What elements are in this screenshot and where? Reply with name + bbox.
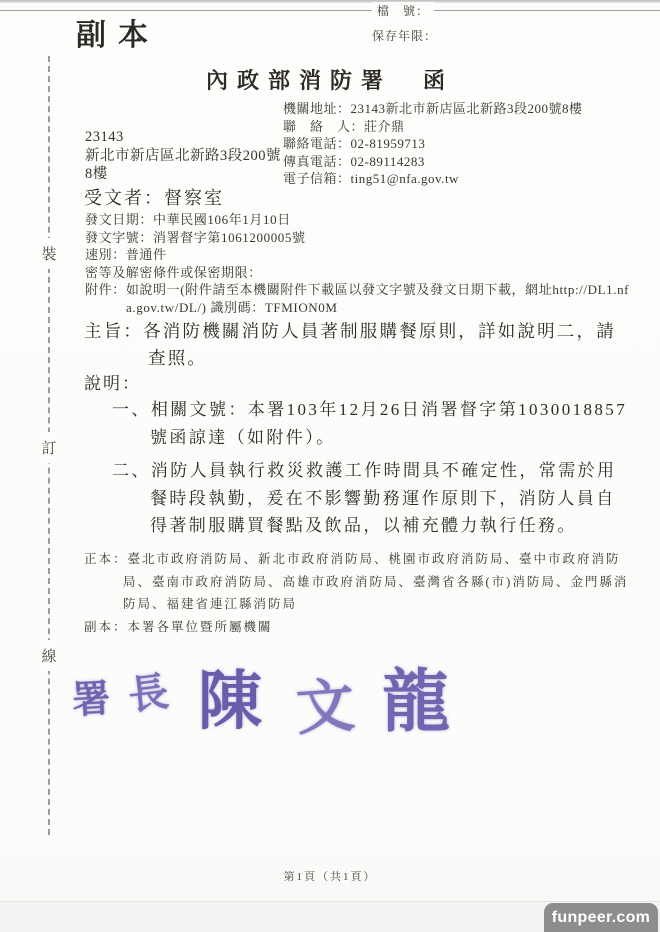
agency-phone: 聯絡電話：02-81959713 [283, 135, 623, 153]
retention-period-label: 保存年限： [372, 27, 437, 44]
recipient-address-line1: 新北市新店區北新路3段200號 [85, 147, 285, 166]
original-recipients-line: 正本：臺北市政府消防局、新北市政府消防局、桃園市政府消防局、臺中市政府消防局、臺… [84, 548, 632, 616]
page-number: 第1頁（共1頁） [0, 868, 660, 884]
scan-top-edge [0, 0, 660, 3]
signature-title-char-2: 長 [125, 660, 172, 721]
subject-label: 主旨： [84, 321, 143, 341]
security-class: 密等及解密條件或保密期限： [85, 264, 630, 282]
copy-recipients-line: 副本：本署各單位暨所屬機關 [84, 616, 632, 639]
file-number-label: 檔 號： [372, 2, 434, 19]
attachment-text: 如說明一(附件請至本機關附件下載區以發文字號及發文日期下載，網址http://D… [126, 282, 629, 315]
explanation-item-1-text: 相關文號：本署103年12月26日消署督字第1030018857號函諒達（如附件… [150, 400, 627, 447]
agency-contact-person: 聯 絡 人：莊介鼎 [283, 118, 623, 136]
watermark-badge: funpeer.com [544, 903, 658, 932]
copy-recipients-text: 本署各單位暨所屬機關 [128, 620, 273, 634]
copy-recipients-label: 副本： [84, 620, 128, 634]
document-meta-block: 發文日期：中華民國106年1月10日 發文字號：消署督字第1061200005號… [85, 211, 630, 317]
recipient-address-line2: 8樓 [85, 165, 285, 184]
original-recipients-text: 臺北市政府消防局、新北市政府消防局、桃園市政府消防局、臺中市政府消防局、臺南市政… [123, 552, 628, 611]
binding-marker-xian: 線 [40, 640, 58, 671]
signature-name-char-3: 龍 [382, 648, 450, 745]
scanned-document-page: 副本 檔 號： 保存年限： 內政部消防署 函 機關地址：23143新北市新店區北… [0, 0, 660, 932]
agency-email: 電子信箱：ting51@nfa.gov.tw [283, 170, 623, 188]
original-recipients-label: 正本： [84, 552, 128, 566]
addressee-line: 受文者：督察室 [84, 184, 224, 210]
subject-text: 各消防機關消防人員著制服購餐原則，詳如說明二，請查照。 [143, 321, 616, 368]
explanation-item-1: 一、相關文號：本署103年12月26日消署督字第1030018857號函諒達（如… [112, 396, 630, 451]
explanation-item-2: 二、消防人員執行救災救護工作時間具不確定性，常需於用餐時段執勤，爰在不影響勤務運… [112, 457, 630, 540]
copy-stamp: 副本 [76, 10, 160, 54]
speed-class: 速別：普通件 [85, 246, 630, 264]
explanation-label: 說明： [84, 369, 141, 394]
recipient-zip: 23143 [85, 128, 285, 147]
explanation-item-1-number: 一、 [112, 400, 151, 419]
explanation-item-2-text: 消防人員執行救災救護工作時間具不確定性，常需於用餐時段執勤，爰在不影響勤務運作原… [150, 461, 616, 535]
signature-title-char-1: 署 [71, 667, 112, 724]
binding-marker-ding: 訂 [40, 432, 58, 463]
agency-fax: 傳真電話：02-89114283 [283, 153, 623, 171]
agency-info-block: 機關地址：23143新北市新店區北新路3段200號8樓 聯 絡 人：莊介鼎 聯絡… [283, 100, 623, 188]
document-title: 內政部消防署 函 [0, 64, 660, 95]
binding-marker-zhuang: 裝 [40, 238, 58, 269]
signature-name-char-2: 文 [293, 658, 357, 746]
attachment-label: 附件： [85, 282, 126, 297]
subject-line: 主旨：各消防機關消防人員著制服購餐原則，詳如說明二，請查照。 [84, 318, 632, 371]
signature-name-char-1: 陳 [198, 650, 262, 742]
issue-number: 發文字號：消署督字第1061200005號 [85, 229, 630, 247]
explanation-items: 一、相關文號：本署103年12月26日消署督字第1030018857號函諒達（如… [112, 396, 630, 540]
recipient-address-block: 23143 新北市新店區北新路3段200號 8樓 [85, 128, 285, 184]
attachment-line: 附件：如說明一(附件請至本機關附件下載區以發文字號及發文日期下載，網址http:… [85, 281, 630, 316]
issue-date: 發文日期：中華民國106年1月10日 [85, 211, 630, 229]
explanation-item-2-number: 二、 [112, 461, 151, 480]
agency-address: 機關地址：23143新北市新店區北新路3段200號8樓 [283, 100, 623, 118]
distribution-block: 正本：臺北市政府消防局、新北市政府消防局、桃園市政府消防局、臺中市政府消防局、臺… [84, 548, 632, 638]
